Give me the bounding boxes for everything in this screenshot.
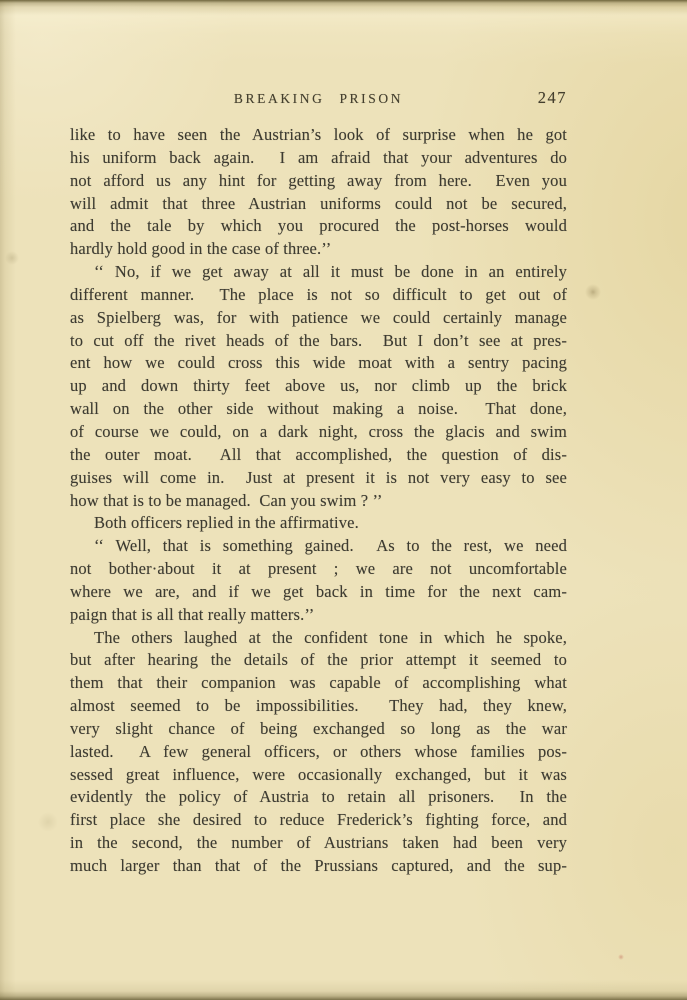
text-line: where we are, and if we get back in time… [70, 581, 567, 604]
text-line: but after hearing the details of the pri… [70, 649, 567, 672]
text-line: how that is to be managed. Can you swim … [70, 490, 567, 513]
text-line: paign that is all that really matters.’’ [70, 604, 567, 627]
text-line: lasted. A few general officers, or other… [70, 741, 567, 764]
text-line: and the tale by which you procured the p… [70, 215, 567, 238]
text-line: The others laughed at the confident tone… [70, 627, 567, 650]
book-page: BREAKING PRISON 247 like to have seen th… [0, 0, 687, 1000]
text-line: up and down thirty feet above us, nor cl… [70, 375, 567, 398]
text-line: as Spielberg was, for with patience we c… [70, 307, 567, 330]
text-line: will admit that three Austrian uniforms … [70, 193, 567, 216]
text-line: much larger than that of the Prussians c… [70, 855, 567, 878]
text-line: the outer moat. All that accomplished, t… [70, 444, 567, 467]
text-line: wall on the other side without making a … [70, 398, 567, 421]
text-line: evidently the policy of Austria to retai… [70, 786, 567, 809]
page-body: like to have seen the Austrian’s look of… [70, 124, 567, 878]
text-line: guises will come in. Just at present it … [70, 467, 567, 490]
text-line: in the second, the number of Austrians t… [70, 832, 567, 855]
text-line: almost seemed to be impossibilities. The… [70, 695, 567, 718]
text-line: ‘‘ No, if we get away at all it must be … [70, 261, 567, 284]
text-line: not afford us any hint for getting away … [70, 170, 567, 193]
running-title: BREAKING PRISON [70, 91, 567, 106]
text-line: very slight chance of being exchanged so… [70, 718, 567, 741]
page-number: 247 [538, 89, 567, 106]
text-line: sessed great influence, were occasionall… [70, 764, 567, 787]
text-line: like to have seen the Austrian’s look of… [70, 124, 567, 147]
text-line: different manner. The place is not so di… [70, 284, 567, 307]
page-header: BREAKING PRISON 247 [70, 91, 567, 107]
text-line: hardly hold good in the case of three.’’ [70, 238, 567, 261]
text-line: them that their companion was capable of… [70, 672, 567, 695]
text-line: ‘‘ Well, that is something gained. As to… [70, 535, 567, 558]
text-line: first place she desired to reduce Freder… [70, 809, 567, 832]
text-line: Both officers replied in the affirmative… [70, 512, 567, 535]
text-line: his uniform back again. I am afraid that… [70, 147, 567, 170]
text-line: ent how we could cross this wide moat wi… [70, 352, 567, 375]
text-line: of course we could, on a dark night, cro… [70, 421, 567, 444]
text-line: not bother·about it at present ; we are … [70, 558, 567, 581]
text-line: to cut off the rivet heads of the bars. … [70, 330, 567, 353]
